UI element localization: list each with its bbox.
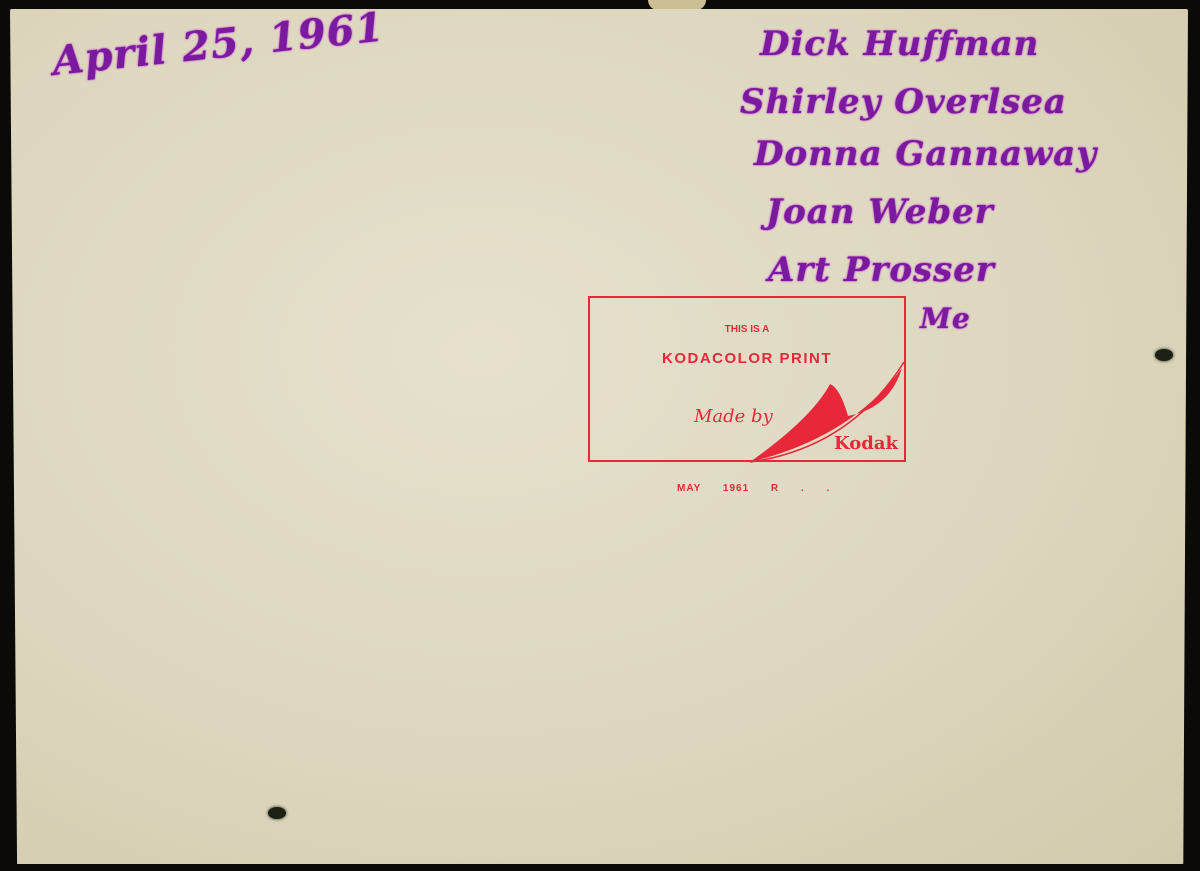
- stamp-line-2: KODACOLOR PRINT: [590, 350, 904, 367]
- kodak-logo: Kodak: [834, 433, 898, 454]
- mark-dot-right: [1155, 349, 1173, 361]
- name-item: Dick Huffman: [760, 20, 1160, 78]
- name-item: Shirley Overlsea: [740, 78, 1140, 130]
- paper-tab: [648, 0, 706, 10]
- stamp-made-by: Made by: [694, 406, 773, 427]
- name-item: Donna Gannaway: [754, 130, 1154, 188]
- stamp-line-1: THIS IS A: [590, 324, 904, 335]
- name-item: Joan Weber: [766, 188, 1166, 246]
- mark-dot-bottom: [268, 807, 286, 819]
- print-date-code: MAY 1961 R . .: [677, 483, 830, 494]
- kodacolor-stamp: THIS IS A KODACOLOR PRINT Made by Kodak: [588, 296, 906, 462]
